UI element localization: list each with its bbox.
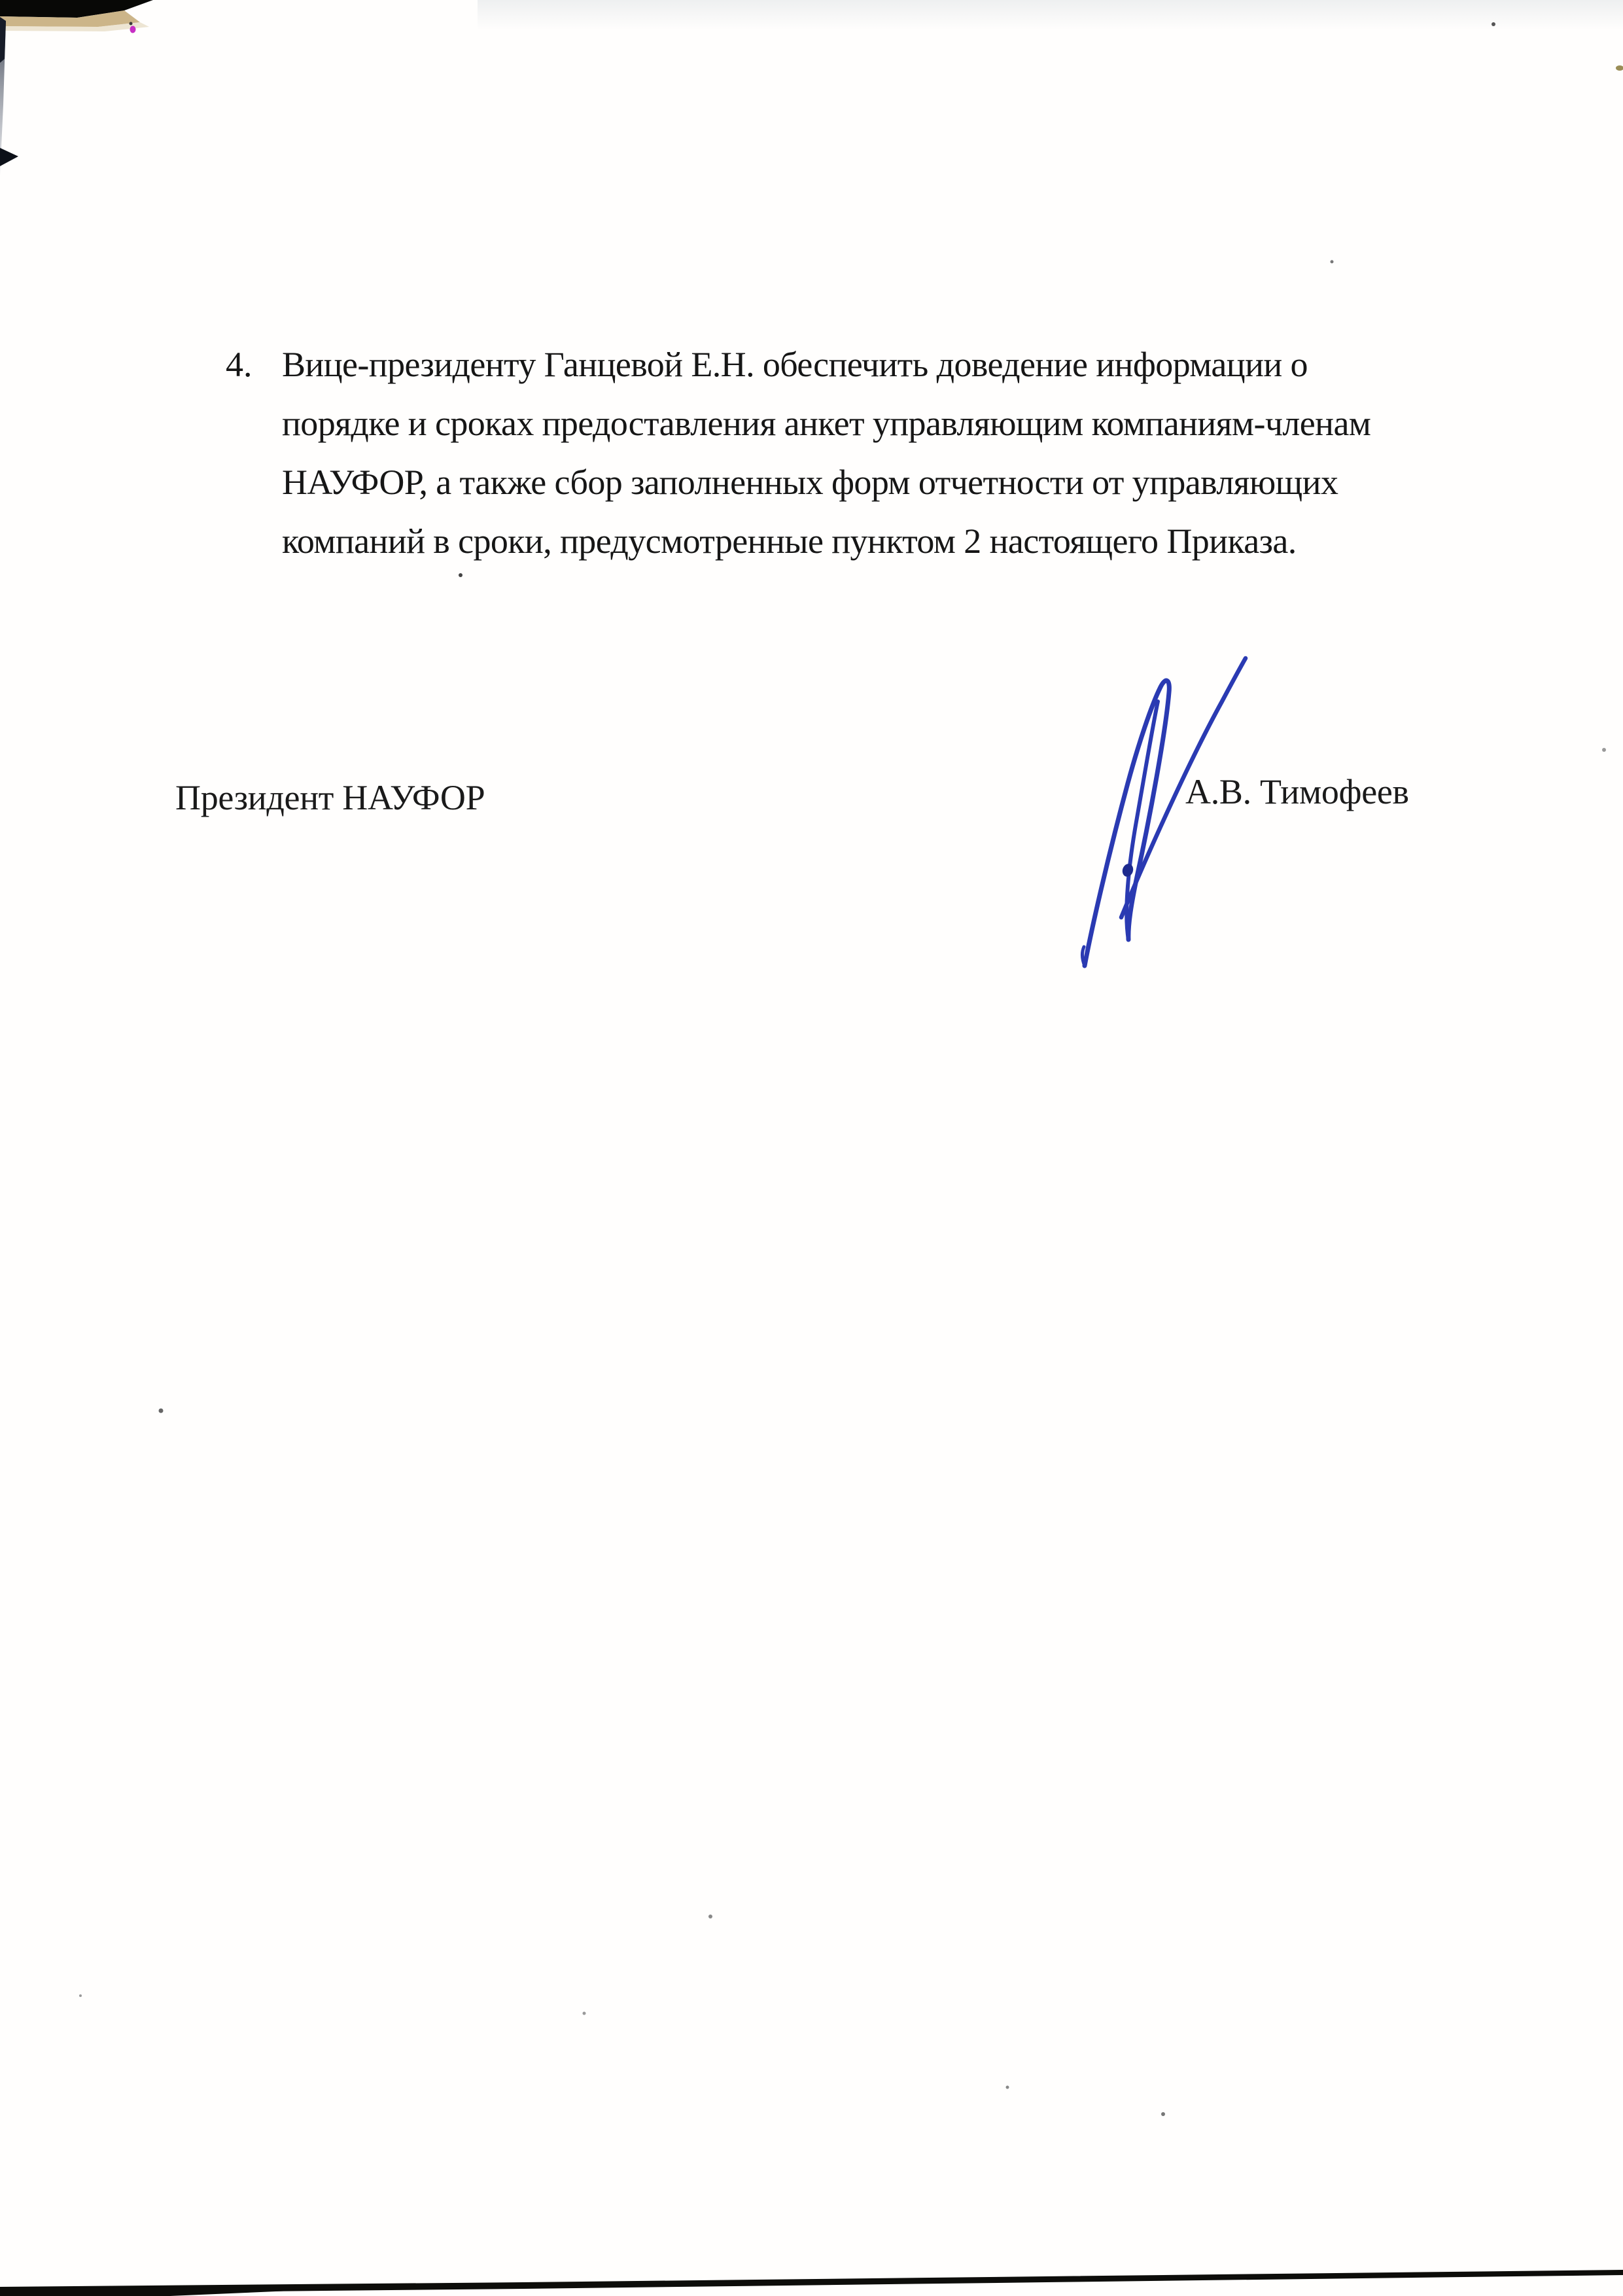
signer-name: А.В. Тимофеев <box>1185 771 1409 812</box>
scan-artifact-left-triangle <box>0 148 18 166</box>
dust-speck <box>1331 260 1334 264</box>
paragraph-line: порядке и сроках предоставления анкет уп… <box>282 394 1459 453</box>
dust-speck <box>1602 748 1606 752</box>
magenta-mark <box>130 26 136 33</box>
dust-speck <box>1492 22 1495 26</box>
dust-speck <box>79 1994 82 1997</box>
dust-speck <box>459 573 462 577</box>
scanned-document-page: 4. Вице-президенту Ганцевой Е.Н. обеспеч… <box>0 0 1623 2296</box>
paragraph-line: НАУФОР, а также сбор заполненных форм от… <box>282 453 1459 512</box>
signature-ink <box>1065 649 1261 976</box>
scan-artifact-tan-stripe-light <box>0 22 149 31</box>
scan-artifact-left-strip-dark <box>0 17 6 63</box>
order-item-4: 4. Вице-президенту Ганцевой Е.Н. обеспеч… <box>282 335 1459 571</box>
scan-artifact-top-left-black <box>0 0 153 18</box>
dust-speck <box>708 1915 712 1918</box>
dust-speck <box>159 1409 164 1413</box>
dust-speck <box>583 2012 586 2015</box>
paragraph-line: Вице-президенту Ганцевой Е.Н. обеспечить… <box>282 335 1459 394</box>
paragraph-line: компаний в сроки, предусмотренные пункто… <box>282 512 1459 571</box>
scan-artifact-bottom-line <box>0 2270 1623 2294</box>
list-item-number: 4. <box>226 335 253 394</box>
scan-artifact-left-strip <box>0 17 6 175</box>
signer-role-label: Президент НАУФОР <box>175 777 485 818</box>
scan-artifact-tan-stripe <box>0 10 140 27</box>
scan-shadow-top <box>478 0 1623 30</box>
dust-speck <box>1006 2086 1009 2089</box>
dust-speck <box>130 22 133 26</box>
dust-speck <box>1161 2112 1165 2116</box>
dust-speck <box>1616 65 1623 71</box>
ink-blob <box>1121 862 1134 878</box>
scan-artifact-bottom-left-wedge <box>0 2287 366 2296</box>
